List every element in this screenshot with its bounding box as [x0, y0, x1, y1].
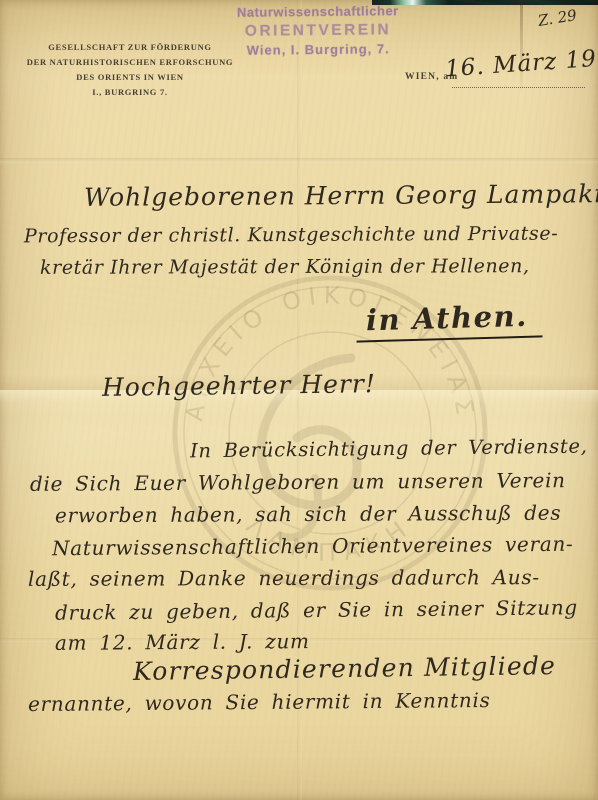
- letterhead-line-3: DES ORIENTS IN WIEN: [26, 70, 234, 85]
- letterhead-block: GESELLSCHAFT ZUR FÖRDERUNG DER NATURHIST…: [26, 40, 234, 100]
- recipient-city: in Athen.: [355, 298, 542, 342]
- recipient-name-line: Wohlgeborenen Herrn Georg Lampakis: [84, 179, 598, 212]
- reference-number: Z. 29: [537, 6, 578, 30]
- scanned-letter-page: ΑΡΧΕΙΟ ΟΙΚΟΓΕΝΕΙΑΣ ΛΑΜΠΑΚΗ GESELLSCHAFT …: [0, 0, 598, 800]
- orientverein-rubber-stamp: Naturwissenschaftlicher ORIENTVEREIN Wie…: [216, 3, 421, 58]
- body-line-5: laßt, seinem Danke neuerdings dadurch Au…: [28, 565, 540, 591]
- salutation: Hochgeehrter Herr!: [102, 369, 376, 402]
- letterhead-line-1: GESELLSCHAFT ZUR FÖRDERUNG: [26, 40, 234, 55]
- recipient-title-line-1: Professor der christl. Kunstgeschichte u…: [24, 223, 558, 248]
- club-stamp-line-3: Wien, I. Burgring, 7.: [216, 41, 420, 58]
- body-closing-line: ernannte, wovon Sie hiermit in Kenntnis: [28, 688, 491, 716]
- body-line-3: erworben haben, sah sich der Ausschuß de…: [55, 501, 561, 528]
- letterhead-line-4: I., BURGRING 7.: [26, 85, 234, 100]
- body-line-6: druck zu geben, daß er Sie in seiner Sit…: [55, 595, 578, 624]
- club-stamp-line-2: ORIENTVEREIN: [216, 21, 420, 41]
- body-emphasis-membership: Korrespondierenden Mitgliede: [133, 651, 556, 686]
- recipient-title-line-2: kretär Ihrer Majestät der Königin der He…: [40, 255, 530, 279]
- club-stamp-line-1: Naturwissenschaftlicher: [216, 3, 420, 20]
- body-line-4: Naturwissenschaftlichen Orientvereines v…: [52, 532, 574, 561]
- body-line-2: die Sich Euer Wohlgeboren um unseren Ver…: [30, 468, 566, 496]
- letterhead-line-2: DER NATURHISTORISCHEN ERFORSCHUNG: [26, 55, 234, 70]
- body-line-1: In Berücksichtigung der Verdienste,: [190, 435, 588, 463]
- body-line-7: am 12. März l. J. zum: [55, 629, 310, 655]
